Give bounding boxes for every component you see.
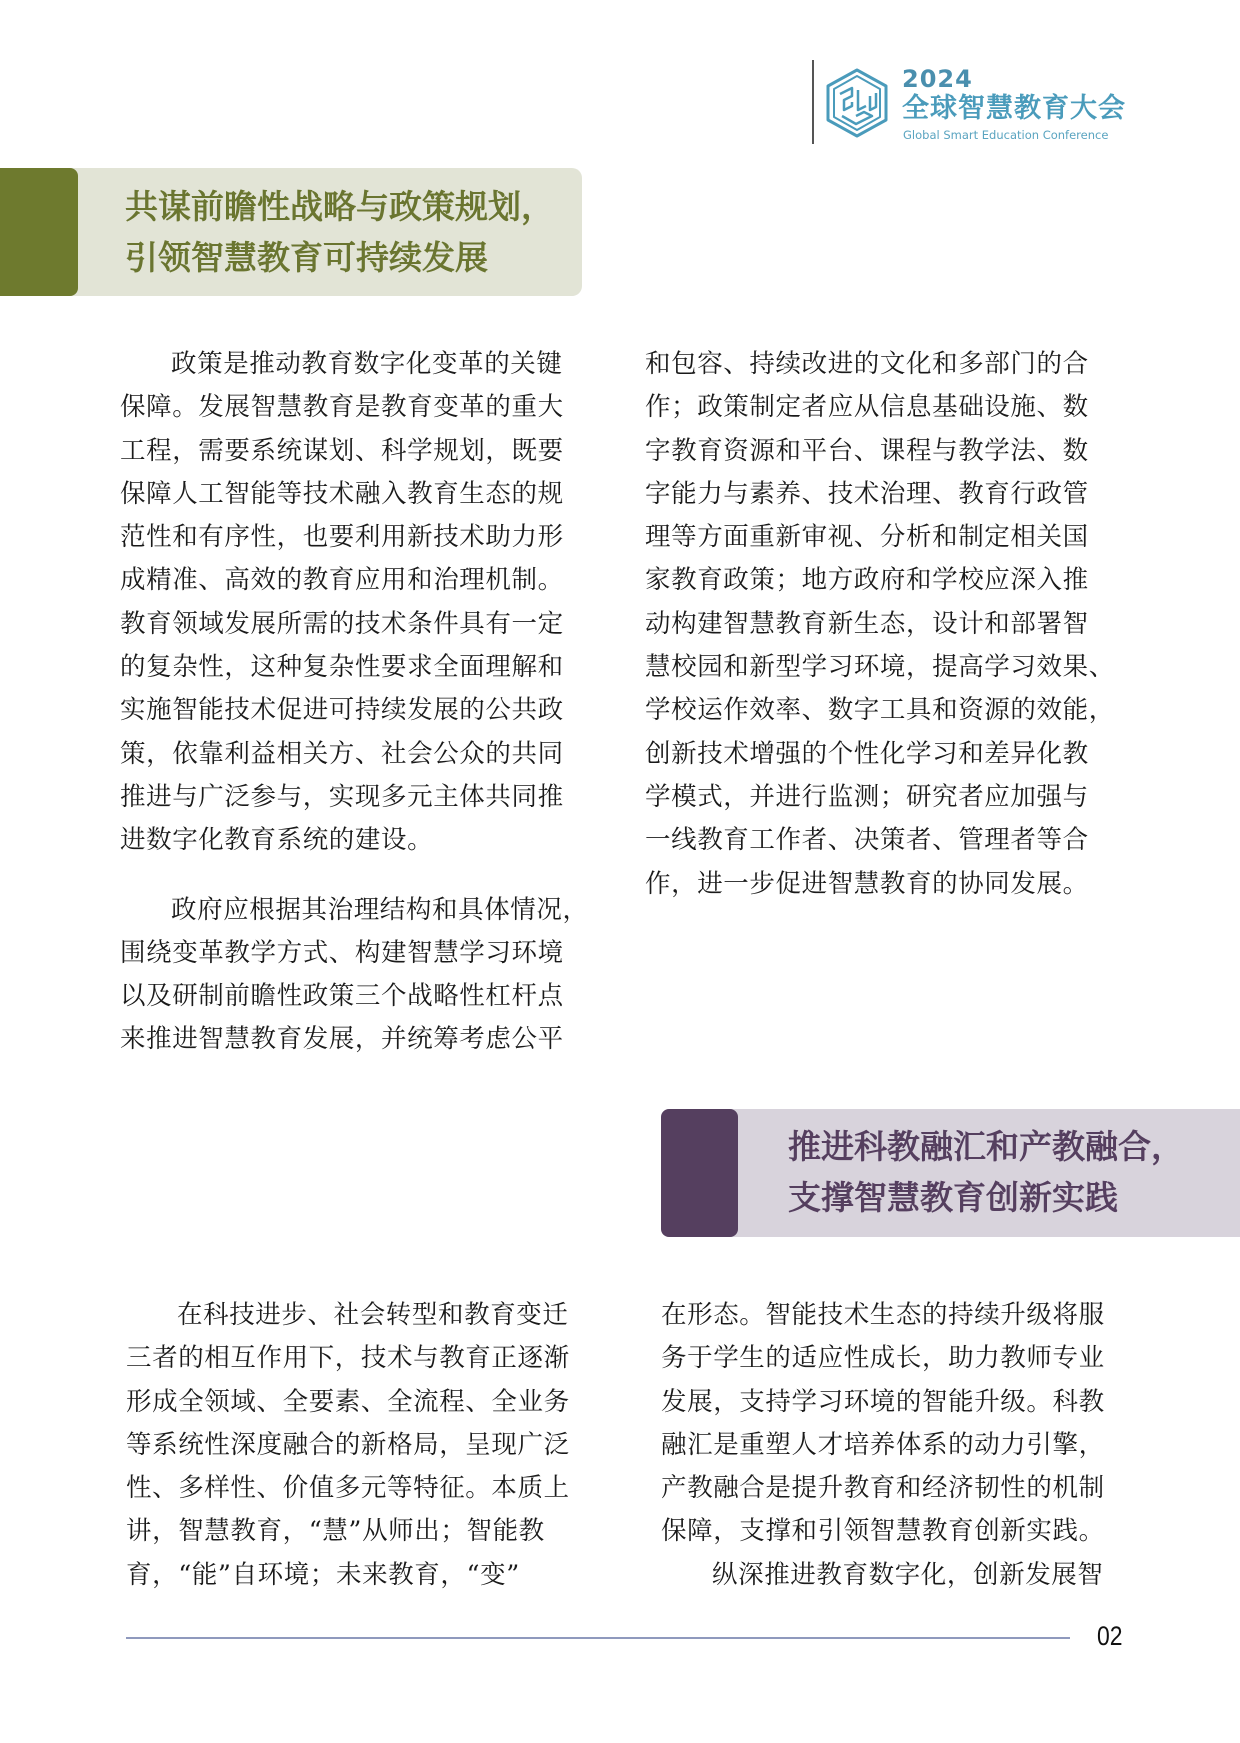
logo-divider xyxy=(812,60,814,144)
text-line: 学模式，并进行监测；研究者应加强与 xyxy=(645,776,1121,819)
text-line: 以及研制前瞻性政策三个战略性杠杆点 xyxy=(120,975,585,1018)
section1-left-column: 政策是推动教育数字化变革的关键 保障。发展智慧教育是教育变革的重大 工程，需要系… xyxy=(120,343,585,1062)
paragraph: 政府应根据其治理结构和具体情况， 围绕变革教学方式、构建智慧学习环境 以及研制前… xyxy=(120,889,585,1062)
text-line: 策，依靠利益相关方、社会公众的共同 xyxy=(120,733,585,776)
paragraph: 在形态。智能技术生态的持续升级将服 务于学生的适应性成长，助力教师专业 发展，支… xyxy=(661,1294,1133,1554)
text-line: 讲，智慧教育，“慧”从师出；智能教 xyxy=(126,1510,588,1553)
text-line: 在形态。智能技术生态的持续升级将服 xyxy=(661,1294,1133,1337)
text-line: 在科技进步、社会转型和教育变迁 xyxy=(126,1294,588,1337)
text-line: 成精准、高效的教育应用和治理机制。 xyxy=(120,559,585,602)
section2-title: 推进科教融汇和产教融合， 支撑智慧教育创新实践 xyxy=(788,1121,1184,1223)
text-line: 围绕变革教学方式、构建智慧学习环境 xyxy=(120,932,585,975)
text-line: 家教育政策；地方政府和学校应深入推 xyxy=(645,559,1121,602)
logo-title-cn: 全球智慧教育大会 xyxy=(902,93,1126,125)
text-line: 纵深推进教育数字化，创新发展智 xyxy=(661,1554,1133,1597)
section2-title-line: 推进科教融汇和产教融合， xyxy=(788,1121,1184,1172)
text-line: 实施智能技术促进可持续发展的公共政 xyxy=(120,689,585,732)
paragraph: 在科技进步、社会转型和教育变迁 三者的相互作用下，技术与教育正逐渐 形成全领域、… xyxy=(126,1294,588,1597)
paragraph: 政策是推动教育数字化变革的关键 保障。发展智慧教育是教育变革的重大 工程，需要系… xyxy=(120,343,585,863)
text-line: 推进与广泛参与，实现多元主体共同推 xyxy=(120,776,585,819)
text-line: 等系统性深度融合的新格局，呈现广泛 xyxy=(126,1424,588,1467)
text-line: 创新技术增强的个性化学习和差异化教 xyxy=(645,733,1121,776)
text-line: 和包容、持续改进的文化和多部门的合 xyxy=(645,343,1121,386)
section2-right-column: 在形态。智能技术生态的持续升级将服 务于学生的适应性成长，助力教师专业 发展，支… xyxy=(661,1294,1133,1597)
section2-title-line: 支撑智慧教育创新实践 xyxy=(788,1172,1184,1223)
text-line: 融汇是重塑人才培养体系的动力引擎， xyxy=(661,1424,1133,1467)
text-line: 范性和有序性，也要利用新技术助力形 xyxy=(120,516,585,559)
text-line: 字能力与素养、技术治理、教育行政管 xyxy=(645,473,1121,516)
text-line: 务于学生的适应性成长，助力教师专业 xyxy=(661,1337,1133,1380)
section1-title-line: 共谋前瞻性战略与政策规划， xyxy=(125,181,554,232)
section2-heading-band: 推进科教融汇和产教融合， 支撑智慧教育创新实践 xyxy=(661,1109,1240,1237)
section2-left-column: 在科技进步、社会转型和教育变迁 三者的相互作用下，技术与教育正逐渐 形成全领域、… xyxy=(126,1294,588,1597)
text-line: 发展，支持学习环境的智能升级。科教 xyxy=(661,1381,1133,1424)
section1-title-line: 引领智慧教育可持续发展 xyxy=(125,232,554,283)
gsec-cube-logo-icon xyxy=(820,66,894,140)
text-line: 理等方面重新审视、分析和制定相关国 xyxy=(645,516,1121,559)
text-line: 保障人工智能等技术融入教育生态的规 xyxy=(120,473,585,516)
section2-accent-block xyxy=(661,1109,738,1237)
text-line: 动构建智慧教育新生态，设计和部署智 xyxy=(645,603,1121,646)
text-line: 学校运作效率、数字工具和资源的效能， xyxy=(645,689,1121,732)
text-line: 作；政策制定者应从信息基础设施、数 xyxy=(645,386,1121,429)
text-line: 三者的相互作用下，技术与教育正逐渐 xyxy=(126,1337,588,1380)
text-line: 政策是推动教育数字化变革的关键 xyxy=(120,343,585,386)
paragraph: 和包容、持续改进的文化和多部门的合 作；政策制定者应从信息基础设施、数 字教育资… xyxy=(645,343,1121,906)
text-line: 保障，支撑和引领智慧教育创新实践。 xyxy=(661,1510,1133,1553)
section1-heading-band: 共谋前瞻性战略与政策规划， 引领智慧教育可持续发展 xyxy=(0,168,582,296)
text-line: 来推进智慧教育发展，并统筹考虑公平 xyxy=(120,1018,585,1061)
text-line: 产教融合是提升教育和经济韧性的机制 xyxy=(661,1467,1133,1510)
page-number: 02 xyxy=(1097,1621,1123,1652)
text-line: 育，“能”自环境；未来教育，“变” xyxy=(126,1554,588,1597)
logo-year: 2024 xyxy=(902,66,973,92)
conference-logo: 2024 全球智慧教育大会 Global Smart Education Con… xyxy=(812,58,1132,148)
paragraph: 纵深推进教育数字化，创新发展智 xyxy=(661,1554,1133,1597)
text-line: 的复杂性，这种复杂性要求全面理解和 xyxy=(120,646,585,689)
section1-title: 共谋前瞻性战略与政策规划， 引领智慧教育可持续发展 xyxy=(125,181,554,283)
text-line: 进数字化教育系统的建设。 xyxy=(120,819,585,862)
footer-rule xyxy=(126,1637,1070,1639)
logo-title-en: Global Smart Education Conference xyxy=(903,128,1108,142)
text-line: 工程，需要系统谋划、科学规划，既要 xyxy=(120,430,585,473)
section1-accent-block xyxy=(0,168,78,296)
text-line: 保障。发展智慧教育是教育变革的重大 xyxy=(120,386,585,429)
text-line: 一线教育工作者、决策者、管理者等合 xyxy=(645,819,1121,862)
text-line: 教育领域发展所需的技术条件具有一定 xyxy=(120,603,585,646)
text-line: 形成全领域、全要素、全流程、全业务 xyxy=(126,1381,588,1424)
text-line: 性、多样性、价值多元等特征。本质上 xyxy=(126,1467,588,1510)
text-line: 作，进一步促进智慧教育的协同发展。 xyxy=(645,863,1121,906)
text-line: 慧校园和新型学习环境，提高学习效果、 xyxy=(645,646,1121,689)
text-line: 字教育资源和平台、课程与教学法、数 xyxy=(645,430,1121,473)
section1-right-column: 和包容、持续改进的文化和多部门的合 作；政策制定者应从信息基础设施、数 字教育资… xyxy=(645,343,1121,906)
text-line: 政府应根据其治理结构和具体情况， xyxy=(120,889,585,932)
